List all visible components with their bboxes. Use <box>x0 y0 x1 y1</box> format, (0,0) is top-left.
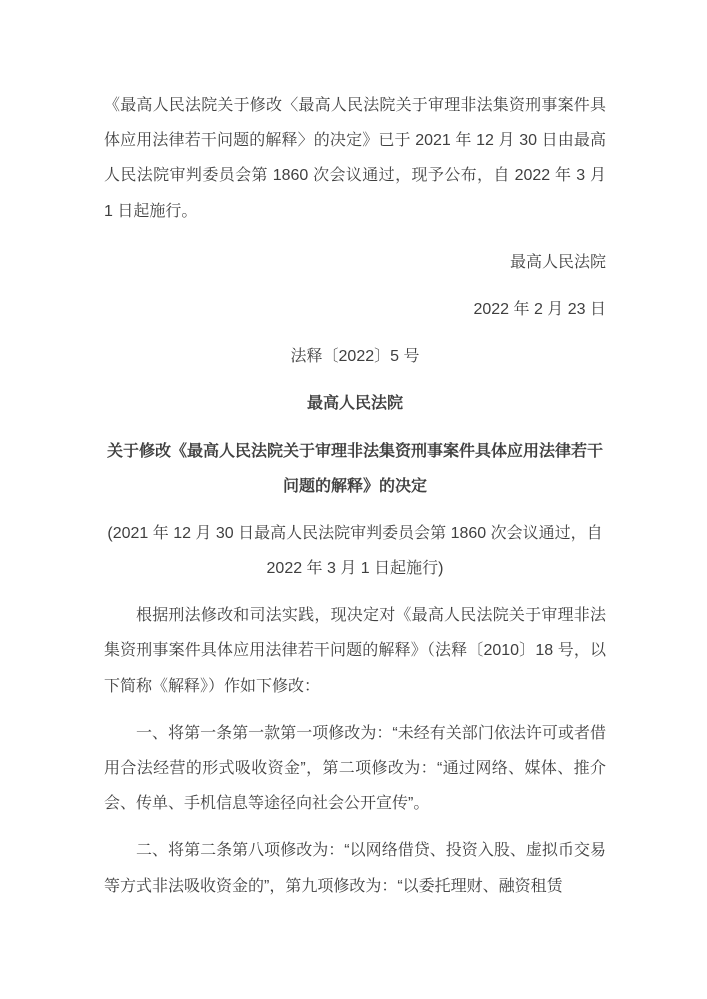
paragraph-amendment-2: 二、将第二条第八项修改为：“以网络借贷、投资入股、虚拟币交易等方式非法吸收资金的… <box>104 833 606 903</box>
issue-date-line: 2022 年 2 月 23 日 <box>104 292 606 327</box>
court-name-heading: 最高人民法院 <box>104 386 606 421</box>
paragraph-announcement: 《最高人民法院关于修改〈最高人民法院关于审理非法集资刑事案件具体应用法律若干问题… <box>104 88 606 229</box>
paragraph-amendment-1: 一、将第一条第一款第一项修改为：“未经有关部门依法许可或者借用合法经营的形式吸收… <box>104 716 606 822</box>
adoption-note-line: (2021 年 12 月 30 日最高人民法院审判委员会第 1860 次会议通过… <box>104 516 606 586</box>
issuer-line: 最高人民法院 <box>104 245 606 280</box>
document-page: 《最高人民法院关于修改〈最高人民法院关于审理非法集资刑事案件具体应用法律若干问题… <box>0 0 707 999</box>
decision-title-heading: 关于修改《最高人民法院关于审理非法集资刑事案件具体应用法律若干问题的解释》的决定 <box>104 434 606 504</box>
paragraph-preamble: 根据刑法修改和司法实践，现决定对《最高人民法院关于审理非法集资刑事案件具体应用法… <box>104 598 606 704</box>
document-number-line: 法释〔2022〕5 号 <box>104 339 606 374</box>
